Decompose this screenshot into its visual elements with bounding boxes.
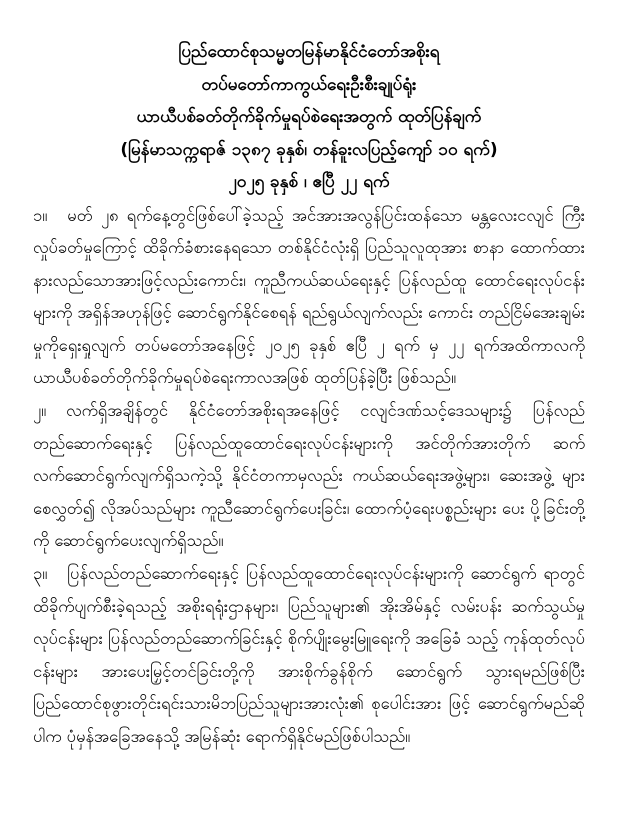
document-header: ပြည်ထောင်စုသမ္မတမြန်မာနိုင်ငံတော်အစိုးရ …: [33, 36, 585, 199]
paragraph-2: ၂။လက်ရှိအချိန်တွင် နိုင်ငံတော်အစိုးရအနေဖ…: [33, 395, 585, 558]
paragraph-2-number: ၂။: [33, 401, 66, 420]
paragraph-3-number: ၃။: [33, 564, 67, 583]
header-line-office: တပ်မတော်ကာကွယ်ရေးဦးစီးချုပ်ရုံး: [33, 69, 585, 102]
paragraph-3-text: ပြန်လည်တည်ဆောက်ရေးနှင့် ပြန်လည်ထူထောင်ရေ…: [33, 564, 585, 746]
paragraph-1-number: ၁။: [33, 206, 67, 225]
paragraph-2-text: လက်ရှိအချိန်တွင် နိုင်ငံတော်အစိုးရအနေဖြင…: [33, 401, 585, 550]
paragraph-1-text: မတ် ၂၈ ရက်နေ့တွင်ဖြစ်ပေါ်ခဲ့သည့် အင်အားအ…: [33, 206, 585, 388]
header-line-government: ပြည်ထောင်စုသမ္မတမြန်မာနိုင်ငံတော်အစိုးရ: [33, 36, 585, 69]
header-line-announcement-title: ယာယီပစ်ခတ်တိုက်ခိုက်မှုရပ်စဲရေးအတွက် ထုတ…: [33, 101, 585, 134]
document-page: ပြည်ထောင်စုသမ္မတမြန်မာနိုင်ငံတော်အစိုးရ …: [0, 0, 618, 820]
paragraph-1: ၁။မတ် ၂၈ ရက်နေ့တွင်ဖြစ်ပေါ်ခဲ့သည့် အင်အာ…: [33, 200, 585, 396]
paragraph-3: ၃။ပြန်လည်တည်ဆောက်ရေးနှင့် ပြန်လည်ထူထောင်…: [33, 558, 585, 754]
header-line-gregorian-date: ၂၀၂၅ ခုနှစ် ၊ ဧပြီ ၂၂ ရက်: [33, 166, 585, 199]
header-line-myanmar-era-date: (မြန်မာသက္ကရာဇ် ၁၃၈၇ ခုနှစ်၊ တန်ခူးလပြည့…: [33, 134, 585, 167]
document-body: ၁။မတ် ၂၈ ရက်နေ့တွင်ဖြစ်ပေါ်ခဲ့သည့် အင်အာ…: [33, 200, 585, 754]
